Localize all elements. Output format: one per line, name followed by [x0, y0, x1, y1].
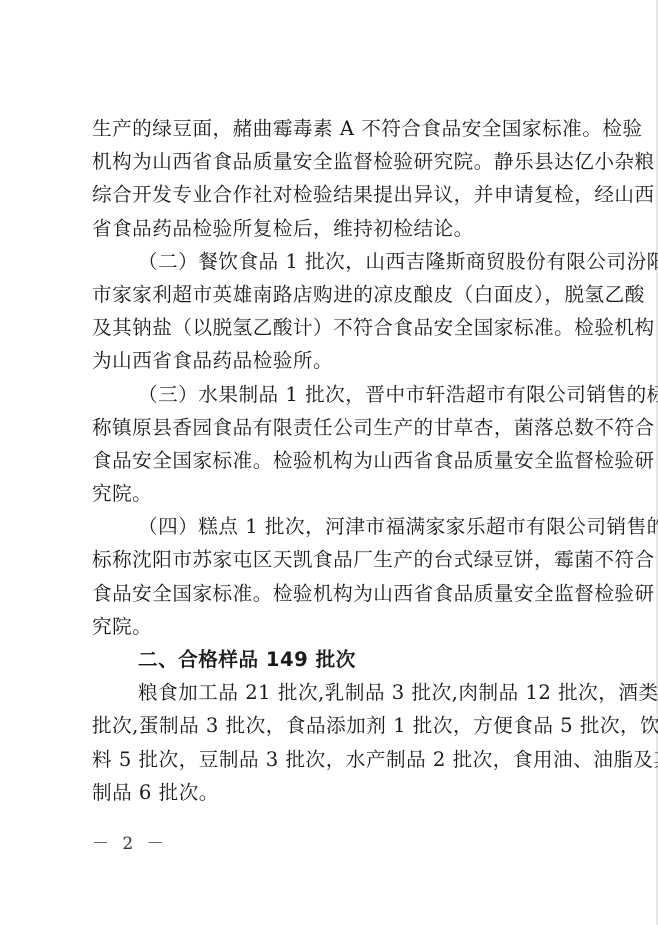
text-line: 粮食加工品 21 批次,乳制品 3 批次,肉制品 12 批次，酒类 88 [92, 676, 580, 709]
paragraph-fruit-products: （三）水果制品 1 批次，晋中市轩浩超市有限公司销售的标 称镇原县香园食品有限责… [92, 378, 580, 511]
text-line: 食品安全国家标准。检验机构为山西省食品质量安全监督检验研 [92, 577, 580, 610]
text-line: 综合开发专业合作社对检验结果提出异议，并申请复检，经山西 [92, 178, 580, 211]
text-line: 生产的绿豆面，赭曲霉毒素 A 不符合食品安全国家标准。检验 [92, 112, 580, 145]
paragraph-catering-food: （二）餐饮食品 1 批次，山西吉隆斯商贸股份有限公司汾阳 市家家利超市英雄南路店… [92, 245, 580, 378]
text-line: （二）餐饮食品 1 批次，山西吉隆斯商贸股份有限公司汾阳 [92, 245, 580, 278]
text-line: 标称沈阳市苏家屯区天凯食品厂生产的台式绿豆饼，霉菌不符合 [92, 543, 580, 576]
paragraph-pastry: （四）糕点 1 批次，河津市福满家家乐超市有限公司销售的 标称沈阳市苏家屯区天凯… [92, 510, 580, 643]
text-line: 市家家利超市英雄南路店购进的凉皮酿皮（白面皮），脱氢乙酸 [92, 278, 580, 311]
text-line: （三）水果制品 1 批次，晋中市轩浩超市有限公司销售的标 [92, 378, 580, 411]
paragraph-continued: 生产的绿豆面，赭曲霉毒素 A 不符合食品安全国家标准。检验 机构为山西省食品质量… [92, 112, 580, 245]
text-line: 食品安全国家标准。检验机构为山西省食品质量安全监督检验研 [92, 444, 580, 477]
page-number: － 2 － [92, 829, 168, 854]
text-line: 为山西省食品药品检验所。 [92, 344, 580, 377]
text-line: 及其钠盐（以脱氢乙酸计）不符合食品安全国家标准。检验机构 [92, 311, 580, 344]
text-line: 究院。 [92, 610, 580, 643]
section-heading-qualified: 二、合格样品 149 批次 [92, 643, 580, 676]
text-line: 称镇原县香园食品有限责任公司生产的甘草杏，菌落总数不符合 [92, 411, 580, 444]
text-line: 省食品药品检验所复检后，维持初检结论。 [92, 212, 580, 245]
text-line: （四）糕点 1 批次，河津市福满家家乐超市有限公司销售的 [92, 510, 580, 543]
text-line: 究院。 [92, 477, 580, 510]
text-line: 料 5 批次，豆制品 3 批次，水产制品 2 批次，食用油、油脂及其 [92, 743, 580, 776]
paragraph-qualified-samples: 粮食加工品 21 批次,乳制品 3 批次,肉制品 12 批次，酒类 88 批次,… [92, 676, 580, 809]
document-body: 生产的绿豆面，赭曲霉毒素 A 不符合食品安全国家标准。检验 机构为山西省食品质量… [92, 112, 580, 809]
text-line: 制品 6 批次。 [92, 776, 580, 809]
text-line: 机构为山西省食品质量安全监督检验研究院。静乐县达亿小杂粮 [92, 145, 580, 178]
text-line: 批次,蛋制品 3 批次，食品添加剂 1 批次，方便食品 5 批次，饮 [92, 709, 580, 742]
